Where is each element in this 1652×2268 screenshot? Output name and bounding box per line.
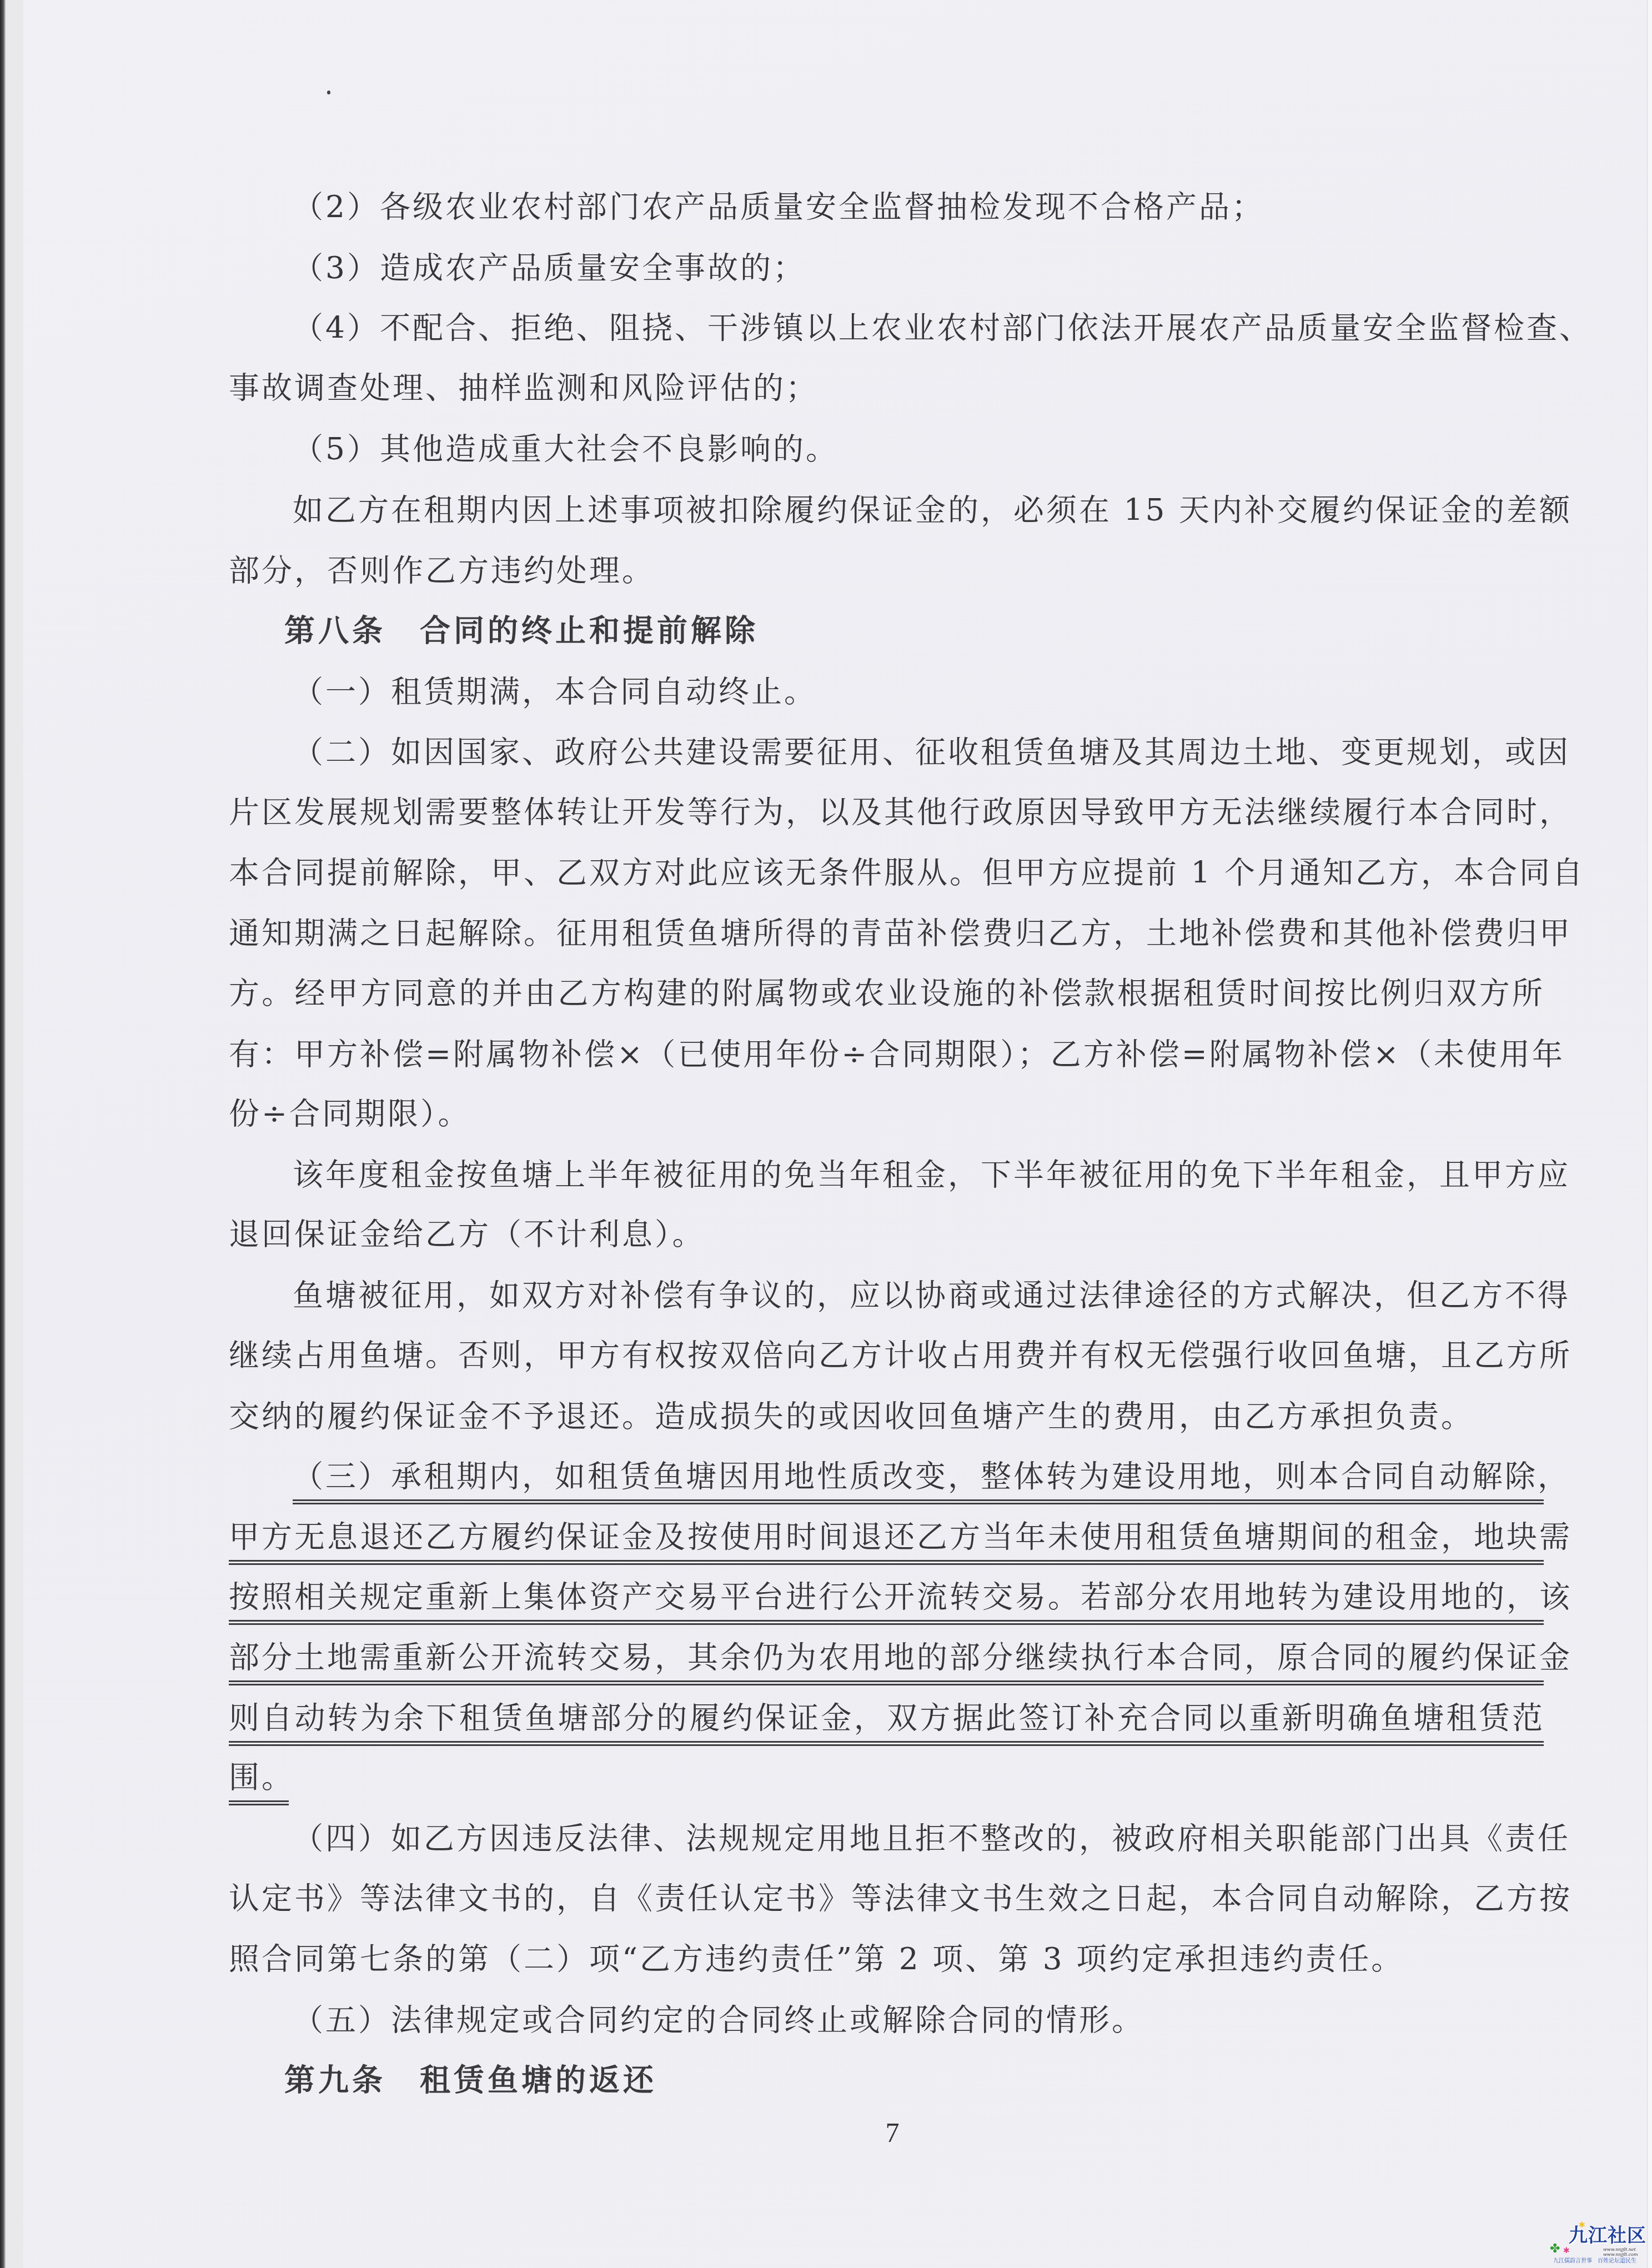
paragraph-deposit: 如乙方在租期内因上述事项被扣除履约保证金的，必须在 15 天内补交履约保证金的差… — [293, 488, 1545, 532]
double-underline — [229, 1800, 289, 1805]
clause-8-4: （四）如乙方因违反法律、法规规定用地且拒不整改的，被政府相关职能部门出具《责任 — [293, 1816, 1545, 1860]
list-item-2: （2）各级农业农村部门农产品质量安全监督抽检发现不合格产品； — [293, 184, 1545, 229]
watermark-url: www.nnjjlt.net www.nnjjlt.com — [1603, 2247, 1638, 2257]
double-underline — [229, 1560, 1544, 1565]
paragraph-rent-cont: 退回保证金给乙方（不计利息）。 — [229, 1212, 1545, 1256]
clause-8-4-line-2: 认定书》等法律文书的，自《责任认定书》等法律文书生效之日起，本合同自动解除，乙方… — [229, 1876, 1545, 1920]
clause-8-2-line-7: 份÷合同期限）。 — [229, 1091, 1545, 1136]
scan-left-edge — [0, 0, 6, 2268]
watermark-url-1: www.nnjjlt.net — [1603, 2247, 1636, 2252]
double-underline — [293, 1499, 1544, 1504]
clause-8-1: （一）租赁期满，本合同自动终止。 — [293, 669, 1545, 714]
paragraph-rent: 该年度租金按鱼塘上半年被征用的免当年租金，下半年被征用的免下半年租金，且甲方应 — [293, 1152, 1545, 1197]
list-item-3: （3）造成农产品质量安全事故的； — [293, 245, 1545, 290]
paragraph-dispute-line-2: 继续占用鱼塘。否则，甲方有权按双倍向乙方计收占用费并有权无偿强行收回鱼塘，且乙方… — [229, 1333, 1545, 1377]
clause-8-2-line-6: 有：甲方补偿=附属物补偿×（已使用年份÷合同期限）；乙方补偿=附属物补偿×（未使… — [229, 1032, 1545, 1076]
scan-left-margin — [6, 0, 23, 2268]
watermark-title: 九江社区 — [1569, 2225, 1646, 2247]
list-item-5: （5）其他造成重大社会不良影响的。 — [293, 426, 1545, 471]
clause-8-3-line-3: 按照相关规定重新上集体资产交易平台进行公开流转交易。若部分农用地转为建设用地的，… — [229, 1574, 1545, 1619]
clause-8-3-line-4: 部分土地需重新公开流转交易，其余仍为农用地的部分继续执行本合同，原合同的履约保证… — [229, 1635, 1545, 1679]
clause-8-2-line-4: 通知期满之日起解除。征用租赁鱼塘所得的青苗补偿费归乙方，土地补偿费和其他补偿费归… — [229, 911, 1545, 955]
paragraph-dispute: 鱼塘被征用，如双方对补偿有争议的，应以协商或通过法律途径的方式解决，但乙方不得 — [293, 1273, 1545, 1317]
watermark-url-2: www.nnjjlt.com — [1603, 2252, 1638, 2257]
scan-right-margin — [1647, 0, 1652, 2268]
double-underline — [229, 1680, 1544, 1685]
clause-8-4-line-3: 照合同第七条的第（二）项“乙方违约责任”第 2 项、第 3 项约定承担违约责任。 — [229, 1936, 1545, 1981]
clause-8-3-line-2: 甲方无息退还乙方履约保证金及按使用时间退还乙方当年未使用租赁鱼塘期间的租金，地块… — [229, 1514, 1545, 1559]
article-8-heading: 第八条 合同的终止和提前解除 — [284, 608, 1600, 653]
flower-icon: ✱ — [1563, 2248, 1570, 2255]
page-number: 7 — [881, 2116, 903, 2149]
list-item-4: （4）不配合、拒绝、阻挠、干涉镇以上农业农村部门依法开展农产品质量安全监督检查、 — [293, 305, 1545, 350]
double-underline — [229, 1741, 1544, 1746]
clause-8-2-line-3: 本合同提前解除，甲、乙双方对此应该无条件服从。但甲方应提前 1 个月通知乙方，本… — [229, 850, 1545, 895]
double-underline — [229, 1620, 1544, 1625]
site-watermark-logo: ✱ ✤ ✱ 九江社区 www.nnjjlt.net www.nnjjlt.com… — [1548, 2222, 1648, 2267]
clause-8-2-line-5: 方。经甲方同意的并由乙方构建的附属物或农业设施的补偿款根据租赁时间按比例归双方所 — [229, 971, 1545, 1015]
paragraph-deposit-cont: 部分，否则作乙方违约处理。 — [229, 548, 1545, 593]
clause-8-5: （五）法律规定或合同约定的合同终止或解除合同的情形。 — [293, 1998, 1545, 2042]
clause-8-2: （二）如因国家、政府公共建设需要征用、征收租赁鱼塘及其周边土地、变更规划，或因 — [293, 730, 1545, 774]
scan-speck — [327, 91, 330, 94]
flower-icon: ✤ — [1550, 2244, 1560, 2254]
clause-8-3-line-6: 围。 — [229, 1755, 1545, 1799]
document-page: （2）各级农业农村部门农产品质量安全监督抽检发现不合格产品； （3）造成农产品质… — [23, 0, 1648, 2268]
clause-8-2-line-2: 片区发展规划需要整体转让开发等行为，以及其他行政原因导致甲方无法继续履行本合同时… — [229, 790, 1545, 834]
clause-8-3: （三）承租期内，如租赁鱼塘因用地性质改变，整体转为建设用地，则本合同自动解除， — [293, 1454, 1545, 1498]
watermark-tagline: 九江儒韵言世事 百姓论坛道民生 — [1553, 2258, 1636, 2265]
clause-8-3-line-5: 则自动转为余下租赁鱼塘部分的履约保证金，双方据此签订补充合同以重新明确鱼塘租赁范 — [229, 1695, 1545, 1740]
paragraph-dispute-line-3: 交纳的履约保证金不予退还。造成损失的或因收回鱼塘产生的费用，由乙方承担负责。 — [229, 1394, 1545, 1438]
list-item-4-cont: 事故调查处理、抽样监测和风险评估的； — [229, 365, 1545, 410]
article-9-heading: 第九条 租赁鱼塘的返还 — [284, 2058, 1600, 2102]
